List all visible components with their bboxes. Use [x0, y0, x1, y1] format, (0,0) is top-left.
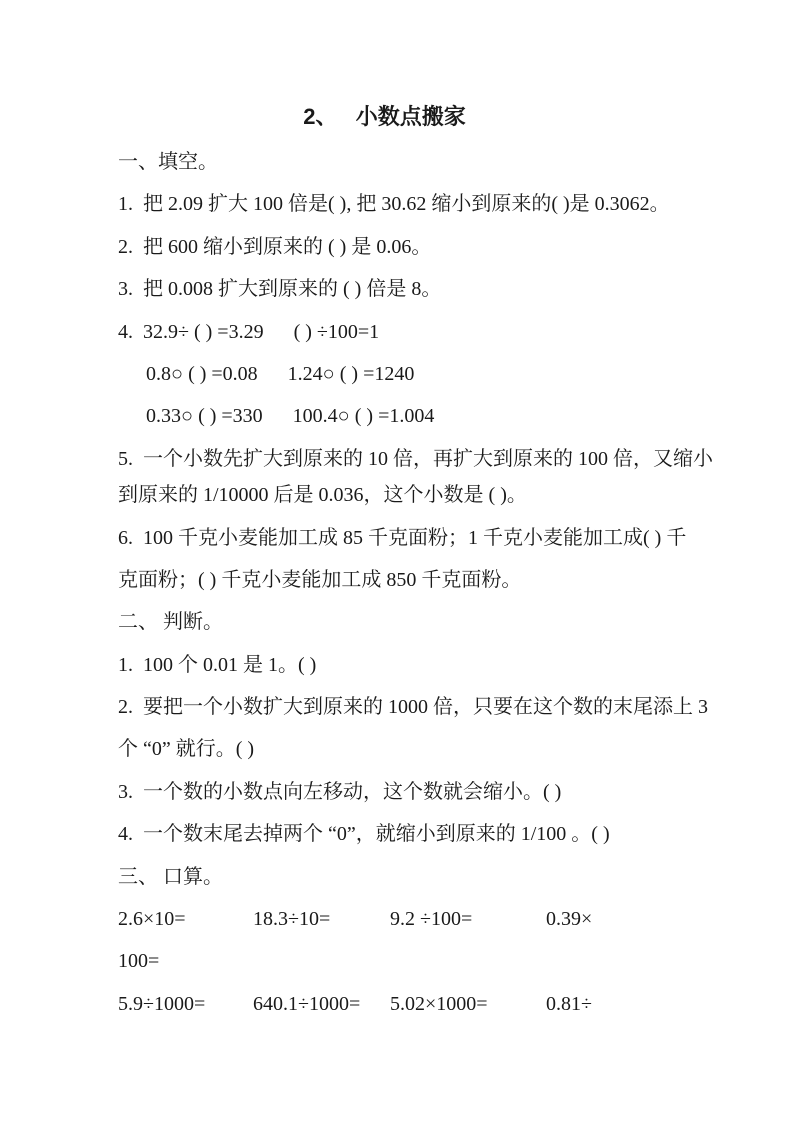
worksheet-page: 2、 小数点搬家 一、填空。1. 把 2.09 扩大 100 倍是( ), 把 …	[0, 0, 793, 1122]
question-line: 克面粉；( ) 千克小麦能加工成 850 千克面粉。	[118, 566, 691, 608]
question-line: 3. 一个数的小数点向左移动，这个数就会缩小。( )	[118, 778, 691, 820]
oral-math-expression: 640.1÷1000=	[253, 990, 360, 1018]
worksheet-title: 2、 小数点搬家	[98, 101, 671, 133]
oral-math-row: 5.9÷1000=640.1÷1000=5.02×1000=0.81÷	[118, 990, 691, 1032]
oral-math-expression: 0.39×	[546, 905, 592, 933]
section-heading: 一、填空。	[118, 148, 691, 190]
question-line: 个 “0” 就行。( )	[118, 735, 691, 777]
question-line: 0.33○ ( ) =330 100.4○ ( ) =1.004	[118, 402, 691, 444]
oral-math-expression: 5.02×1000=	[390, 990, 488, 1018]
oral-math-expression: 2.6×10=	[118, 905, 186, 933]
question-line: 4. 32.9÷ ( ) =3.29 ( ) ÷100=1	[118, 318, 691, 360]
oral-math-row: 2.6×10=18.3÷10=9.2 ÷100=0.39×	[118, 905, 691, 947]
question-line: 0.8○ ( ) =0.08 1.24○ ( ) =1240	[118, 360, 691, 402]
question-line: 6. 100 千克小麦能加工成 85 千克面粉；1 千克小麦能加工成( ) 千	[118, 524, 691, 566]
oral-math-expression: 9.2 ÷100=	[390, 905, 472, 933]
question-line: 1. 把 2.09 扩大 100 倍是( ), 把 30.62 缩小到原来的( …	[118, 190, 691, 232]
question-line: 3. 把 0.008 扩大到原来的 ( ) 倍是 8。	[118, 275, 691, 317]
question-line: 1. 100 个 0.01 是 1。( )	[118, 651, 691, 693]
question-line: 4. 一个数末尾去掉两个 “0”，就缩小到原来的 1/100 。( )	[118, 820, 691, 862]
question-line: 100=	[118, 947, 691, 989]
worksheet-content: 2、 小数点搬家 一、填空。1. 把 2.09 扩大 100 倍是( ), 把 …	[118, 101, 691, 1032]
section-heading: 二、 判断。	[118, 608, 691, 650]
oral-math-expression: 0.81÷	[546, 990, 592, 1018]
worksheet-body: 一、填空。1. 把 2.09 扩大 100 倍是( ), 把 30.62 缩小到…	[118, 148, 691, 1032]
question-line: 到原来的 1/10000 后是 0.036，这个小数是 ( )。	[118, 481, 691, 523]
section-heading: 三、 口算。	[118, 863, 691, 905]
question-line: 2. 把 600 缩小到原来的 ( ) 是 0.06。	[118, 233, 691, 275]
oral-math-expression: 18.3÷10=	[253, 905, 330, 933]
oral-math-expression: 5.9÷1000=	[118, 990, 205, 1018]
question-line: 2. 要把一个小数扩大到原来的 1000 倍，只要在这个数的末尾添上 3	[118, 693, 691, 735]
